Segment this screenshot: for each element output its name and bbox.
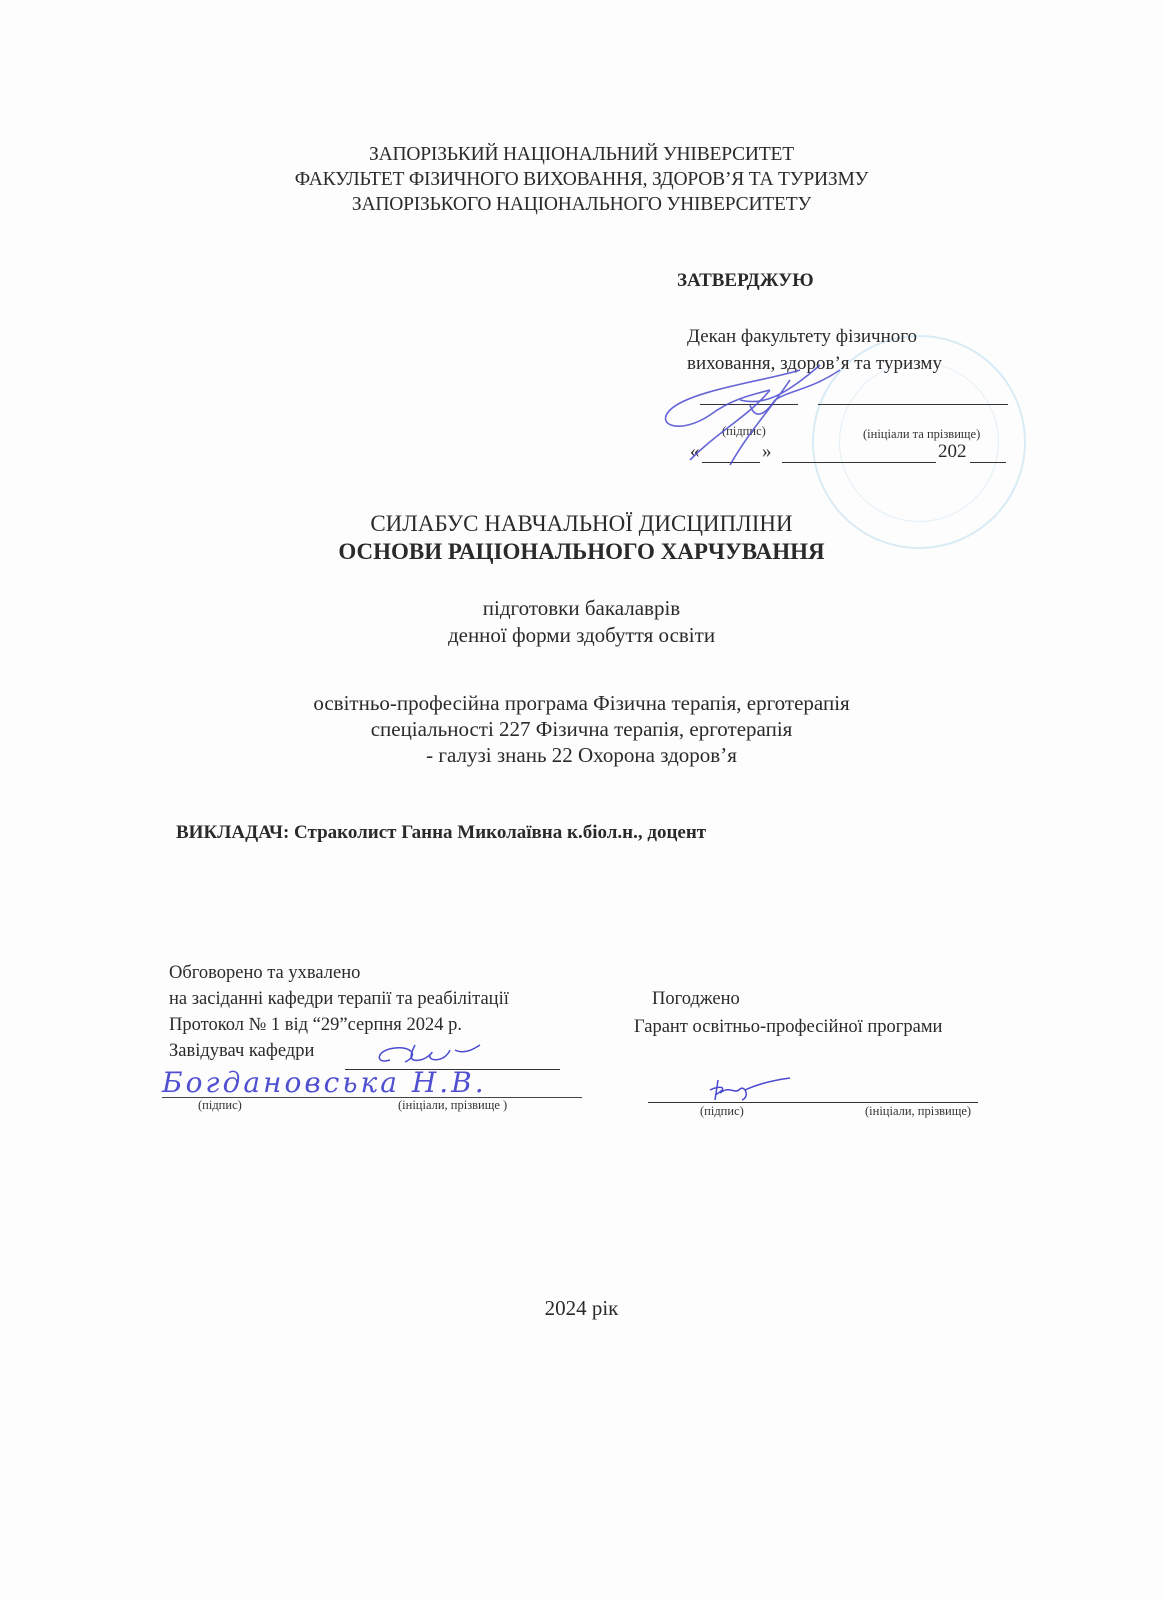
guarantor-title: Гарант освітньо-професійної програми — [634, 1014, 942, 1040]
teacher-label: ВИКЛАДАЧ: — [176, 822, 289, 843]
university-genitive: ЗАПОРІЗЬКОГО НАЦІОНАЛЬНОГО УНІВЕРСИТЕТУ — [0, 192, 1163, 218]
audience-form: денної форми здобуття освіти — [0, 622, 1163, 649]
program-name: освітньо-професійна програма Фізична тер… — [0, 690, 1163, 717]
program-specialty: спеціальності 227 Фізична терапія, ергот… — [0, 716, 1163, 743]
dept-name-caption: (ініціали, прізвище ) — [398, 1098, 507, 1113]
dept-approval-protocol: Протокол № 1 від “29”серпня 2024 р. — [169, 1012, 509, 1038]
dept-approval-line2: на засіданні кафедри терапії та реабіліт… — [169, 986, 509, 1012]
guarantor-approved-label: Погоджено — [652, 986, 740, 1012]
audience-level: підготовки бакалаврів — [0, 595, 1163, 622]
faculty-name: ФАКУЛЬТЕТ ФІЗИЧНОГО ВИХОВАННЯ, ЗДОРОВ’Я … — [0, 167, 1163, 193]
date-year-prefix: 202 — [938, 441, 967, 463]
document-title: СИЛАБУС НАВЧАЛЬНОЇ ДИСЦИПЛІНИ — [0, 510, 1163, 538]
guarantor-signature — [700, 1075, 800, 1105]
teacher-value: Страколист Ганна Миколаївна к.біол.н., д… — [294, 822, 706, 843]
approval-position-line1: Декан факультету фізичного — [687, 323, 942, 350]
date-year-line — [970, 462, 1006, 463]
program-field: - галузі знань 22 Охорона здоров’я — [0, 742, 1163, 769]
dean-name-caption: (ініціали та прізвище) — [863, 427, 980, 442]
guarantor-signature-caption: (підпис) — [700, 1104, 744, 1119]
teacher-info: ВИКЛАДАЧ: Страколист Ганна Миколаївна к.… — [176, 822, 706, 844]
document-year: 2024 рік — [0, 1296, 1163, 1321]
dept-approval-line1: Обговорено та ухвалено — [169, 960, 509, 986]
guarantor-signature-line — [648, 1102, 978, 1103]
dean-signature — [650, 360, 870, 470]
discipline-name: ОСНОВИ РАЦІОНАЛЬНОГО ХАРЧУВАННЯ — [0, 537, 1163, 567]
dept-head-handwritten-name: Богдановська Н.В. — [162, 1066, 487, 1099]
dept-signature-caption: (підпис) — [198, 1098, 242, 1113]
university-name: ЗАПОРІЗЬКИЙ НАЦІОНАЛЬНИЙ УНІВЕРСИТЕТ — [0, 142, 1163, 168]
guarantor-name-caption: (ініціали, прізвище) — [865, 1104, 971, 1119]
approval-title: ЗАТВЕРДЖУЮ — [677, 270, 814, 292]
